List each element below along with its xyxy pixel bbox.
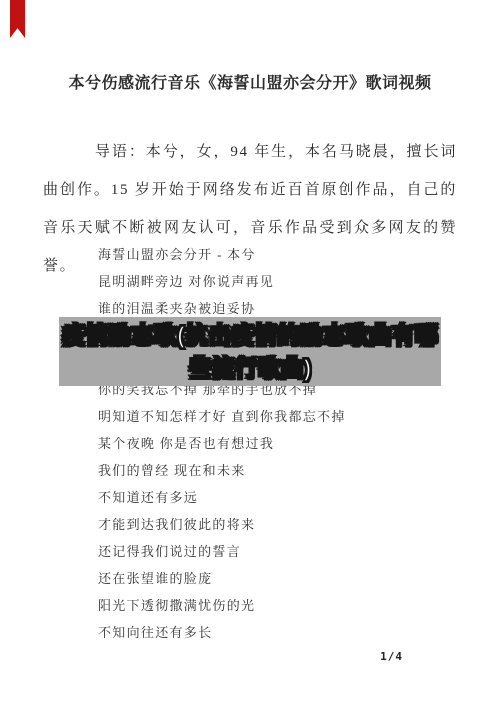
lyric-line: 不知道还有多远 [98,484,458,511]
lyrics-block: 海誓山盟亦会分开 - 本兮 昆明湖畔旁边 对你说声再见 谁的泪温柔夹杂被迫妥协 … [98,241,458,646]
page-number: 1/4 [380,650,403,663]
overlay-banner: 疫情励志歌(抗击疫情的励志歌曲有哪些流行歌曲) [59,317,441,386]
page-title: 本兮伤感流行音乐《海誓山盟亦会分开》歌词视频 [0,72,500,96]
lyric-line: 才能到达我们彼此的将来 [98,511,458,538]
lyric-line: 昆明湖畔旁边 对你说声再见 [98,268,458,295]
lyric-line: 不知向往还有多长 [98,619,458,646]
lyric-line: 明知道不知怎样才好 直到你我都忘不掉 [98,403,458,430]
bookmark-ribbon-icon [10,0,25,38]
lyrics-before-overlay: 海誓山盟亦会分开 - 本兮 昆明湖畔旁边 对你说声再见 谁的泪温柔夹杂被迫妥协 [98,241,458,322]
lyric-line: 阳光下透彻撒满忧伤的光 [98,592,458,619]
lyrics-after-overlay: 不知道天涯海角还有多远 你的笑我忘不掉 那牵的手也放不掉 明知道不知怎样才好 直… [98,349,458,646]
lyric-line: 我们的曾经 现在和未来 [98,457,458,484]
document-page: 本兮伤感流行音乐《海誓山盟亦会分开》歌词视频 导语：本兮，女，94 年生，本名马… [0,0,500,706]
lyric-line: 海誓山盟亦会分开 - 本兮 [98,241,458,268]
lyric-line: 某个夜晚 你是否也有想过我 [98,430,458,457]
overlay-banner-title: 疫情励志歌(抗击疫情的励志歌曲有哪些流行歌曲) [59,319,441,385]
lyric-line: 还在张望谁的脸庞 [98,565,458,592]
lyric-line: 还记得我们说过的誓言 [98,538,458,565]
